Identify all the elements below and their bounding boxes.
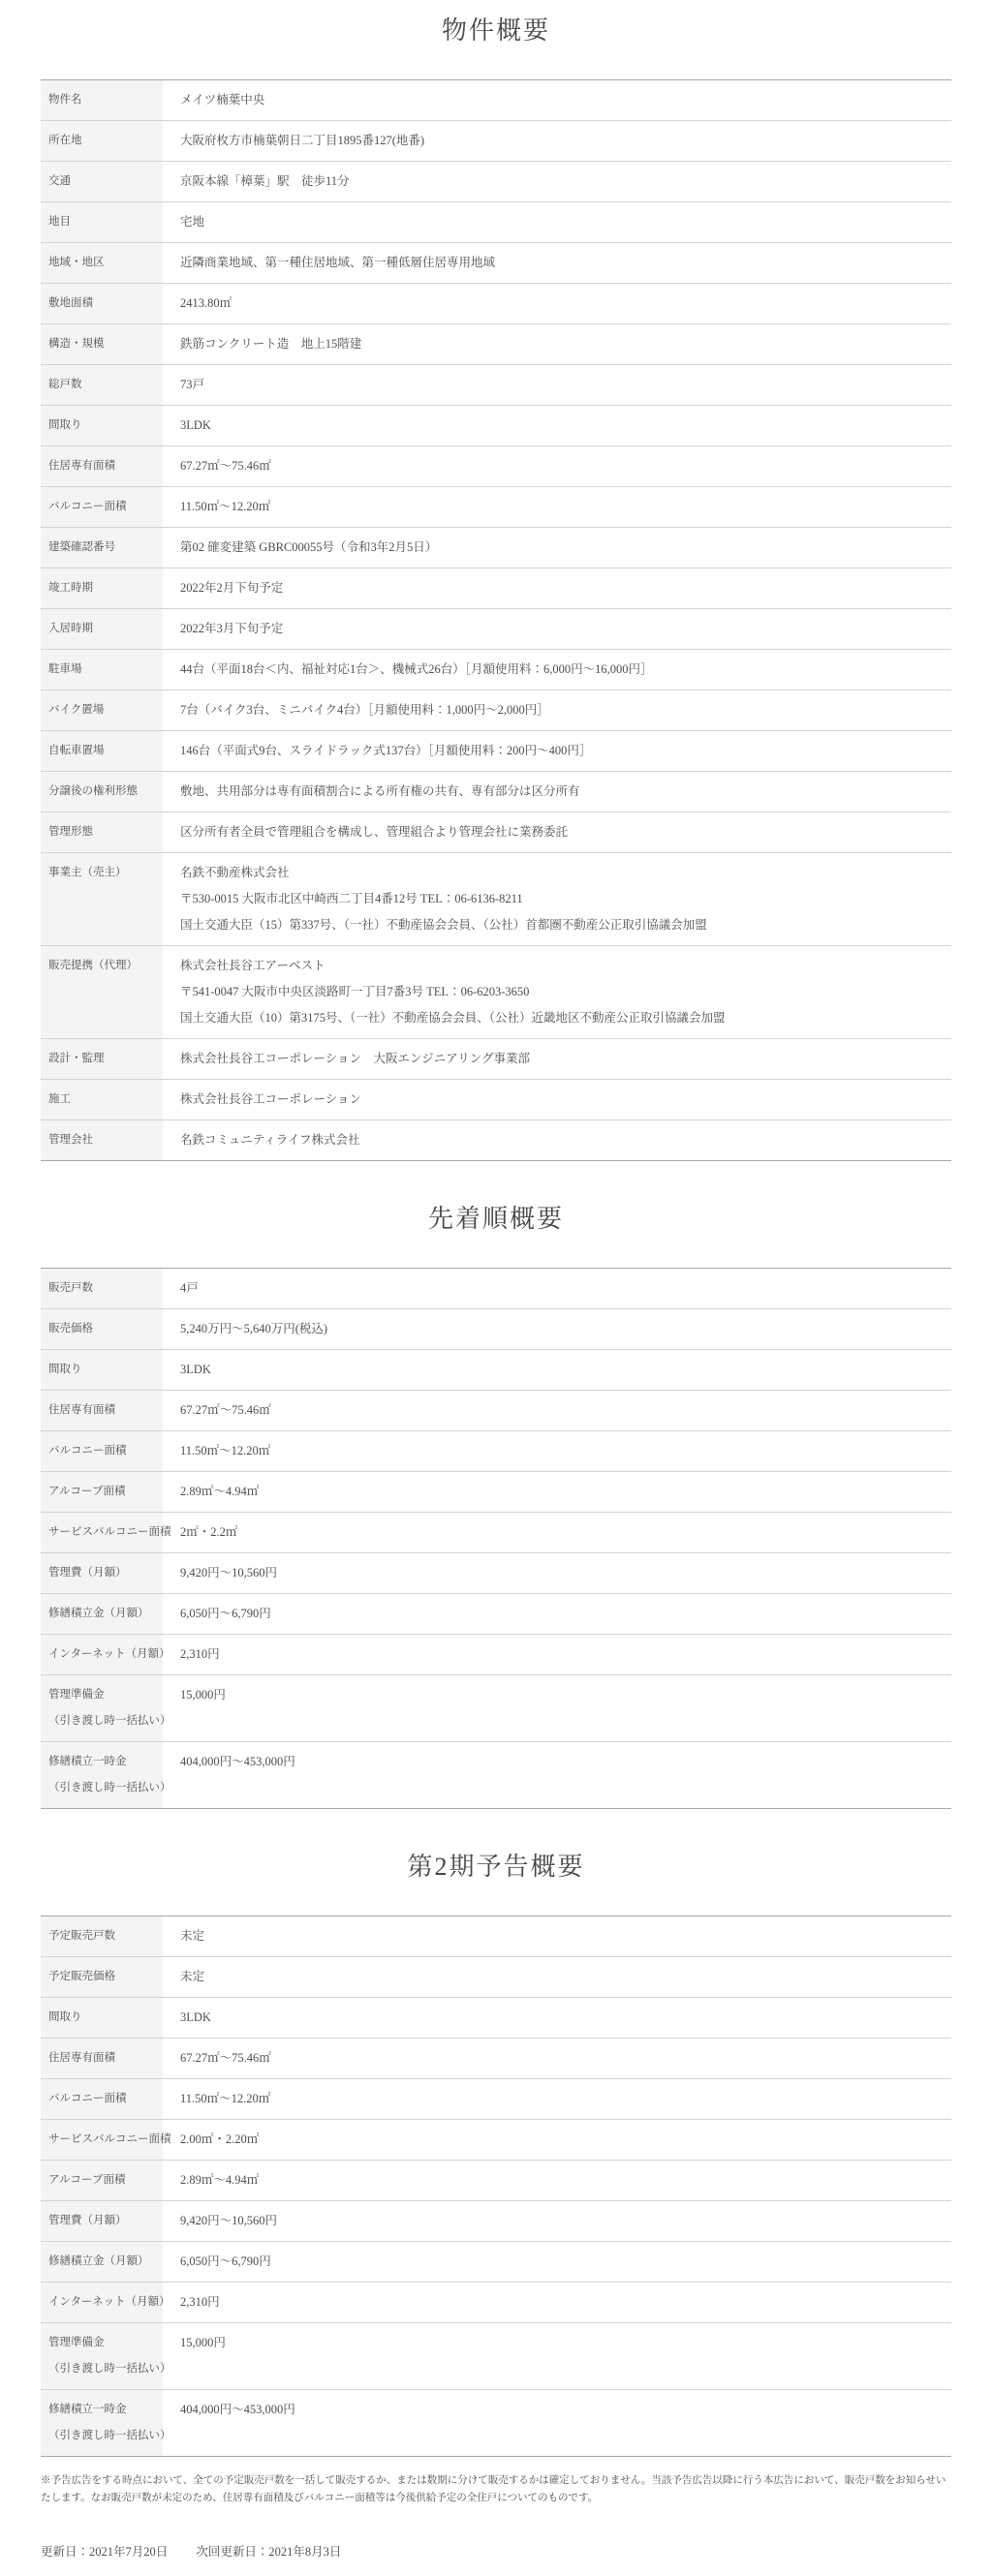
row-label-line: 住居専有面積 bbox=[48, 458, 163, 475]
row-value-line: 未定 bbox=[180, 1969, 942, 1985]
row-label: 販売提携（代理） bbox=[41, 946, 163, 1038]
table-row: 地目宅地 bbox=[41, 202, 951, 243]
table-row: 修繕積立金（月額）6,050円～6,790円 bbox=[41, 1594, 951, 1635]
table-row: 販売戸数4戸 bbox=[41, 1269, 951, 1309]
row-label-line: 地域・地区 bbox=[48, 255, 163, 271]
row-label-line: （引き渡し時一括払い） bbox=[48, 2361, 163, 2377]
row-label: 間取り bbox=[41, 1998, 163, 2038]
row-value-line: 6,050円～6,790円 bbox=[180, 2254, 942, 2270]
row-value-line: 名鉄コミュニティライフ株式会社 bbox=[180, 1132, 942, 1149]
table-row: 管理会社名鉄コミュニティライフ株式会社 bbox=[41, 1120, 951, 1161]
row-value-line: 未定 bbox=[180, 1928, 942, 1945]
row-label-line: 施工 bbox=[48, 1091, 163, 1108]
table-row: 管理形態区分所有者全員で管理組合を構成し、管理組合より管理会社に業務委託 bbox=[41, 813, 951, 853]
row-value-line: 株式会社長谷工コーポレーション 大阪エンジニアリング事業部 bbox=[180, 1051, 942, 1067]
table-row: 設計・監理株式会社長谷工コーポレーション 大阪エンジニアリング事業部 bbox=[41, 1039, 951, 1080]
row-label-line: 竣工時期 bbox=[48, 580, 163, 597]
row-label: 管理費（月額） bbox=[41, 1553, 163, 1593]
row-label: 住居専有面積 bbox=[41, 2039, 163, 2078]
row-value: 9,420円～10,560円 bbox=[163, 1553, 951, 1593]
updated-date: 更新日：2021年7月20日 bbox=[41, 2545, 168, 2559]
row-value: 146台（平面式9台、スライドラック式137台）［月額使用料：200円～400円… bbox=[163, 731, 951, 771]
row-label-line: （引き渡し時一括払い） bbox=[48, 1780, 163, 1796]
row-label: 管理費（月額） bbox=[41, 2201, 163, 2241]
table-row: サービスバルコニー面積2.00㎡・2.20㎡ bbox=[41, 2120, 951, 2161]
row-label-line: 住居専有面積 bbox=[48, 2050, 163, 2067]
table-row: 管理準備金（引き渡し時一括払い）15,000円 bbox=[41, 1675, 951, 1742]
row-label: アルコーブ面積 bbox=[41, 2161, 163, 2200]
row-label: 販売戸数 bbox=[41, 1269, 163, 1308]
row-label-line: バルコニー面積 bbox=[48, 1443, 163, 1459]
row-label: 自転車置場 bbox=[41, 731, 163, 771]
row-label-line: 管理形態 bbox=[48, 824, 163, 841]
row-value: 7台（バイク3台、ミニバイク4台）［月額使用料：1,000円～2,000円］ bbox=[163, 690, 951, 730]
row-label-line: 販売提携（代理） bbox=[48, 958, 163, 974]
row-label-line: 設計・監理 bbox=[48, 1051, 163, 1067]
row-label: サービスバルコニー面積 bbox=[41, 1513, 163, 1552]
row-label-line: サービスバルコニー面積 bbox=[48, 2131, 163, 2148]
row-label-line: 管理準備金 bbox=[48, 2335, 163, 2351]
table-row: 予定販売価格未定 bbox=[41, 1957, 951, 1998]
row-value: 2022年2月下旬予定 bbox=[163, 568, 951, 608]
row-value: 6,050円～6,790円 bbox=[163, 2242, 951, 2282]
row-label: 駐車場 bbox=[41, 650, 163, 690]
row-value: 大阪府枚方市楠葉朝日二丁目1895番127(地番) bbox=[163, 121, 951, 161]
row-value-line: 2.89㎡～4.94㎡ bbox=[180, 1484, 942, 1500]
row-value-line: 2㎡・2.2㎡ bbox=[180, 1524, 942, 1541]
row-value: 区分所有者全員で管理組合を構成し、管理組合より管理会社に業務委託 bbox=[163, 813, 951, 852]
row-value: 第02 確変建築 GBRC00055号（令和3年2月5日） bbox=[163, 528, 951, 567]
table-row: アルコーブ面積2.89㎡～4.94㎡ bbox=[41, 2161, 951, 2201]
row-label-line: 交通 bbox=[48, 173, 163, 190]
section-first-come-overview: 先着順概要販売戸数4戸販売価格5,240万円～5,640万円(税込)間取り3LD… bbox=[0, 1202, 992, 1809]
row-value: 404,000円～453,000円 bbox=[163, 1742, 951, 1808]
table-row: 駐車場44台（平面18台＜内、福祉対応1台＞、機械式26台）［月額使用料：6,0… bbox=[41, 650, 951, 690]
row-value-line: 9,420円～10,560円 bbox=[180, 1565, 942, 1581]
row-value-line: 3LDK bbox=[180, 2009, 942, 2026]
row-label: 地域・地区 bbox=[41, 243, 163, 283]
table-row: 地域・地区近隣商業地域、第一種住居地域、第一種低層住居専用地域 bbox=[41, 243, 951, 284]
row-label: バルコニー面積 bbox=[41, 2079, 163, 2119]
table-row: 住居専有面積67.27㎡～75.46㎡ bbox=[41, 2039, 951, 2079]
row-label: 修繕積立金（月額） bbox=[41, 1594, 163, 1634]
row-value-line: 2.89㎡～4.94㎡ bbox=[180, 2172, 942, 2189]
table-row: 修繕積立金（月額）6,050円～6,790円 bbox=[41, 2242, 951, 2283]
row-value-line: 404,000円～453,000円 bbox=[180, 2402, 942, 2418]
row-value-line: 15,000円 bbox=[180, 2335, 942, 2351]
row-value: 株式会社長谷工コーポレーション 大阪エンジニアリング事業部 bbox=[163, 1039, 951, 1079]
row-label-line: 敷地面積 bbox=[48, 295, 163, 312]
row-value: 宅地 bbox=[163, 202, 951, 242]
row-value: 2,310円 bbox=[163, 1635, 951, 1674]
table-row: 間取り3LDK bbox=[41, 1998, 951, 2039]
row-value-line: 株式会社長谷工コーポレーション bbox=[180, 1091, 942, 1108]
spec-table: 予定販売戸数未定予定販売価格未定間取り3LDK住居専有面積67.27㎡～75.4… bbox=[41, 1916, 951, 2457]
row-value-line: 鉄筋コンクリート造 地上15階建 bbox=[180, 336, 942, 353]
table-row: 住居専有面積67.27㎡～75.46㎡ bbox=[41, 1391, 951, 1431]
row-label-line: 総戸数 bbox=[48, 377, 163, 393]
row-value-line: 〒530-0015 大阪市北区中崎西二丁目4番12号 TEL：06-6136-8… bbox=[180, 891, 942, 907]
row-label-line: 販売価格 bbox=[48, 1321, 163, 1337]
table-row: 施工株式会社長谷工コーポレーション bbox=[41, 1080, 951, 1120]
row-label-line: 修繕積立一時金 bbox=[48, 1754, 163, 1770]
table-row: アルコーブ面積2.89㎡～4.94㎡ bbox=[41, 1472, 951, 1513]
row-value-line: 宅地 bbox=[180, 214, 942, 230]
row-value-line: 2,310円 bbox=[180, 1646, 942, 1663]
row-label-line: 管理会社 bbox=[48, 1132, 163, 1149]
row-label-line: 構造・規模 bbox=[48, 336, 163, 353]
row-value: 11.50㎡～12.20㎡ bbox=[163, 1431, 951, 1471]
row-label: バルコニー面積 bbox=[41, 487, 163, 527]
row-value: 67.27㎡～75.46㎡ bbox=[163, 2039, 951, 2078]
row-label: インターネット（月額） bbox=[41, 1635, 163, 1674]
row-value: 44台（平面18台＜内、福祉対応1台＞、機械式26台）［月額使用料：6,000円… bbox=[163, 650, 951, 690]
row-value-line: 11.50㎡～12.20㎡ bbox=[180, 1443, 942, 1459]
row-label-line: 物件名 bbox=[48, 92, 163, 108]
row-label: 入居時期 bbox=[41, 609, 163, 649]
row-label-line: バルコニー面積 bbox=[48, 499, 163, 515]
row-label: 管理準備金（引き渡し時一括払い） bbox=[41, 1675, 163, 1741]
row-value: 京阪本線「樟葉」駅 徒歩11分 bbox=[163, 162, 951, 201]
row-value: 株式会社長谷工コーポレーション bbox=[163, 1080, 951, 1119]
row-value-line: 67.27㎡～75.46㎡ bbox=[180, 1402, 942, 1419]
row-value: 2.00㎡・2.20㎡ bbox=[163, 2120, 951, 2160]
row-label: 修繕積立一時金（引き渡し時一括払い） bbox=[41, 2390, 163, 2456]
row-value: 2413.80㎡ bbox=[163, 284, 951, 323]
row-label-line: 住居専有面積 bbox=[48, 1402, 163, 1419]
row-value-line: 大阪府枚方市楠葉朝日二丁目1895番127(地番) bbox=[180, 133, 942, 149]
table-row: 所在地大阪府枚方市楠葉朝日二丁目1895番127(地番) bbox=[41, 121, 951, 162]
row-value-line: 国土交通大臣（15）第337号、（一社）不動産協会会員、（公社）首都圏不動産公正… bbox=[180, 917, 942, 934]
row-value-line: 〒541-0047 大阪市中央区淡路町一丁目7番3号 TEL：06-6203-3… bbox=[180, 984, 942, 1000]
row-value: 6,050円～6,790円 bbox=[163, 1594, 951, 1634]
row-value-line: 3LDK bbox=[180, 1362, 942, 1378]
table-row: 物件名メイツ楠葉中央 bbox=[41, 80, 951, 121]
row-value: 3LDK bbox=[163, 1350, 951, 1390]
table-row: 管理準備金（引き渡し時一括払い）15,000円 bbox=[41, 2323, 951, 2390]
section-phase2-preview: 第2期予告概要予定販売戸数未定予定販売価格未定間取り3LDK住居専有面積67.2… bbox=[0, 1850, 992, 2457]
row-label-line: 販売戸数 bbox=[48, 1280, 163, 1297]
section-property-overview: 物件概要物件名メイツ楠葉中央所在地大阪府枚方市楠葉朝日二丁目1895番127(地… bbox=[0, 14, 992, 1161]
row-label: 施工 bbox=[41, 1080, 163, 1119]
table-row: 敷地面積2413.80㎡ bbox=[41, 284, 951, 324]
row-value: 404,000円～453,000円 bbox=[163, 2390, 951, 2456]
row-value-line: 3LDK bbox=[180, 417, 942, 434]
row-value-line: 7台（バイク3台、ミニバイク4台）［月額使用料：1,000円～2,000円］ bbox=[180, 702, 942, 719]
row-label: 販売価格 bbox=[41, 1309, 163, 1349]
row-label-line: 間取り bbox=[48, 1362, 163, 1378]
row-value: 11.50㎡～12.20㎡ bbox=[163, 2079, 951, 2119]
row-label-line: バイク置場 bbox=[48, 702, 163, 719]
spec-table: 販売戸数4戸販売価格5,240万円～5,640万円(税込)間取り3LDK住居専有… bbox=[41, 1268, 951, 1809]
row-value-line: 11.50㎡～12.20㎡ bbox=[180, 499, 942, 515]
row-label: サービスバルコニー面積 bbox=[41, 2120, 163, 2160]
row-label-line: 事業主（売主） bbox=[48, 865, 163, 881]
table-row: 管理費（月額）9,420円～10,560円 bbox=[41, 1553, 951, 1594]
next-update-date: 次回更新日：2021年8月3日 bbox=[196, 2545, 341, 2559]
row-value: メイツ楠葉中央 bbox=[163, 80, 951, 120]
update-dates: 更新日：2021年7月20日 次回更新日：2021年8月3日 bbox=[41, 2542, 951, 2560]
row-label-line: インターネット（月額） bbox=[48, 2294, 163, 2311]
table-row: インターネット（月額）2,310円 bbox=[41, 1635, 951, 1675]
row-label: バイク置場 bbox=[41, 690, 163, 730]
table-row: バルコニー面積11.50㎡～12.20㎡ bbox=[41, 487, 951, 528]
row-label-line: 分譲後の権利形態 bbox=[48, 783, 163, 800]
table-row: 自転車置場146台（平面式9台、スライドラック式137台）［月額使用料：200円… bbox=[41, 731, 951, 772]
row-label: 分譲後の権利形態 bbox=[41, 772, 163, 812]
table-row: 予定販売戸数未定 bbox=[41, 1917, 951, 1957]
table-row: 管理費（月額）9,420円～10,560円 bbox=[41, 2201, 951, 2242]
row-label: 設計・監理 bbox=[41, 1039, 163, 1079]
row-label: 地目 bbox=[41, 202, 163, 242]
row-value-line: 敷地、共用部分は専有面積割合による所有権の共有、専有部分は区分所有 bbox=[180, 783, 942, 800]
row-value: 敷地、共用部分は専有面積割合による所有権の共有、専有部分は区分所有 bbox=[163, 772, 951, 812]
table-row: 交通京阪本線「樟葉」駅 徒歩11分 bbox=[41, 162, 951, 202]
row-value-line: 67.27㎡～75.46㎡ bbox=[180, 2050, 942, 2067]
row-label: 住居専有面積 bbox=[41, 446, 163, 486]
row-label: 所在地 bbox=[41, 121, 163, 161]
row-label-line: 自転車置場 bbox=[48, 743, 163, 759]
property-listing-page: 物件概要物件名メイツ楠葉中央所在地大阪府枚方市楠葉朝日二丁目1895番127(地… bbox=[0, 14, 992, 2576]
row-value: 3LDK bbox=[163, 1998, 951, 2038]
row-label: 事業主（売主） bbox=[41, 853, 163, 945]
table-row: バルコニー面積11.50㎡～12.20㎡ bbox=[41, 2079, 951, 2120]
row-label-line: 管理費（月額） bbox=[48, 1565, 163, 1581]
sections-root: 物件概要物件名メイツ楠葉中央所在地大阪府枚方市楠葉朝日二丁目1895番127(地… bbox=[0, 14, 992, 2457]
row-label: インターネット（月額） bbox=[41, 2283, 163, 2322]
row-value: 2.89㎡～4.94㎡ bbox=[163, 1472, 951, 1512]
row-value: 67.27㎡～75.46㎡ bbox=[163, 1391, 951, 1430]
row-label-line: アルコーブ面積 bbox=[48, 1484, 163, 1500]
row-value-line: 67.27㎡～75.46㎡ bbox=[180, 458, 942, 475]
table-row: 分譲後の権利形態敷地、共用部分は専有面積割合による所有権の共有、専有部分は区分所… bbox=[41, 772, 951, 813]
row-value-line: 京阪本線「樟葉」駅 徒歩11分 bbox=[180, 173, 942, 190]
disclaimer-note: ※予告広告をする時点において、全ての予定販売戸数を一括して販売するか、または数期… bbox=[41, 2472, 951, 2507]
row-value: 2,310円 bbox=[163, 2283, 951, 2322]
row-value-line: 15,000円 bbox=[180, 1687, 942, 1703]
row-value: 未定 bbox=[163, 1917, 951, 1956]
section-title: 物件概要 bbox=[0, 14, 992, 48]
row-value-line: 2413.80㎡ bbox=[180, 295, 942, 312]
row-value: 鉄筋コンクリート造 地上15階建 bbox=[163, 324, 951, 364]
row-label-line: 予定販売戸数 bbox=[48, 1928, 163, 1945]
section-title: 先着順概要 bbox=[0, 1202, 992, 1237]
row-value: 名鉄不動産株式会社〒530-0015 大阪市北区中崎西二丁目4番12号 TEL：… bbox=[163, 853, 951, 945]
row-value-line: 株式会社長谷工アーベスト bbox=[180, 958, 942, 974]
row-label-line: サービスバルコニー面積 bbox=[48, 1524, 163, 1541]
table-row: 竣工時期2022年2月下旬予定 bbox=[41, 568, 951, 609]
row-value: 9,420円～10,560円 bbox=[163, 2201, 951, 2241]
table-row: サービスバルコニー面積2㎡・2.2㎡ bbox=[41, 1513, 951, 1553]
row-label-line: バルコニー面積 bbox=[48, 2091, 163, 2107]
section-title: 第2期予告概要 bbox=[0, 1850, 992, 1885]
row-label: 予定販売戸数 bbox=[41, 1917, 163, 1956]
row-label: 修繕積立一時金（引き渡し時一括払い） bbox=[41, 1742, 163, 1808]
row-value: 67.27㎡～75.46㎡ bbox=[163, 446, 951, 486]
row-label: 総戸数 bbox=[41, 365, 163, 405]
row-label: 建築確認番号 bbox=[41, 528, 163, 567]
table-row: 修繕積立一時金（引き渡し時一括払い）404,000円～453,000円 bbox=[41, 2390, 951, 2457]
row-value: 2.89㎡～4.94㎡ bbox=[163, 2161, 951, 2200]
row-label: バルコニー面積 bbox=[41, 1431, 163, 1471]
row-value-line: 国土交通大臣（10）第3175号、（一社）不動産協会会員、（公社）近畿地区不動産… bbox=[180, 1010, 942, 1027]
row-label: 交通 bbox=[41, 162, 163, 201]
row-label-line: 駐車場 bbox=[48, 661, 163, 678]
row-label-line: （引き渡し時一括払い） bbox=[48, 2428, 163, 2444]
row-value-line: 5,240万円～5,640万円(税込) bbox=[180, 1321, 942, 1337]
row-value: 2022年3月下旬予定 bbox=[163, 609, 951, 649]
row-label: 管理会社 bbox=[41, 1120, 163, 1160]
row-label-line: 修繕積立金（月額） bbox=[48, 1606, 163, 1622]
row-label: 管理準備金（引き渡し時一括払い） bbox=[41, 2323, 163, 2389]
table-row: 入居時期2022年3月下旬予定 bbox=[41, 609, 951, 650]
row-value-line: 近隣商業地域、第一種住居地域、第一種低層住居専用地域 bbox=[180, 255, 942, 271]
table-row: 間取り3LDK bbox=[41, 406, 951, 446]
table-row: 住居専有面積67.27㎡～75.46㎡ bbox=[41, 446, 951, 487]
row-label-line: 予定販売価格 bbox=[48, 1969, 163, 1985]
row-label-line: 建築確認番号 bbox=[48, 539, 163, 556]
table-row: 間取り3LDK bbox=[41, 1350, 951, 1391]
row-label-line: 地目 bbox=[48, 214, 163, 230]
row-label-line: 修繕積立一時金 bbox=[48, 2402, 163, 2418]
row-value-line: 4戸 bbox=[180, 1280, 942, 1297]
row-value: 15,000円 bbox=[163, 2323, 951, 2389]
row-label: 物件名 bbox=[41, 80, 163, 120]
table-row: 修繕積立一時金（引き渡し時一括払い）404,000円～453,000円 bbox=[41, 1742, 951, 1809]
row-label: 間取り bbox=[41, 406, 163, 445]
row-value-line: 146台（平面式9台、スライドラック式137台）［月額使用料：200円～400円… bbox=[180, 743, 942, 759]
row-label-line: 所在地 bbox=[48, 133, 163, 149]
row-label: 敷地面積 bbox=[41, 284, 163, 323]
row-value: 73戸 bbox=[163, 365, 951, 405]
row-label-line: 間取り bbox=[48, 417, 163, 434]
table-row: 構造・規模鉄筋コンクリート造 地上15階建 bbox=[41, 324, 951, 365]
row-value-line: 2,310円 bbox=[180, 2294, 942, 2311]
row-label-line: インターネット（月額） bbox=[48, 1646, 163, 1663]
row-value-line: 6,050円～6,790円 bbox=[180, 1606, 942, 1622]
row-label-line: 修繕積立金（月額） bbox=[48, 2254, 163, 2270]
table-row: 販売価格5,240万円～5,640万円(税込) bbox=[41, 1309, 951, 1350]
row-value: 3LDK bbox=[163, 406, 951, 445]
row-value-line: 44台（平面18台＜内、福祉対応1台＞、機械式26台）［月額使用料：6,000円… bbox=[180, 661, 942, 678]
row-value-line: 404,000円～453,000円 bbox=[180, 1754, 942, 1770]
row-value-line: 73戸 bbox=[180, 377, 942, 393]
row-value-line: 2022年3月下旬予定 bbox=[180, 621, 942, 637]
row-value: 株式会社長谷工アーベスト〒541-0047 大阪市中央区淡路町一丁目7番3号 T… bbox=[163, 946, 951, 1038]
row-label: 修繕積立金（月額） bbox=[41, 2242, 163, 2282]
row-label: 住居専有面積 bbox=[41, 1391, 163, 1430]
table-row: バイク置場7台（バイク3台、ミニバイク4台）［月額使用料：1,000円～2,00… bbox=[41, 690, 951, 731]
table-row: インターネット（月額）2,310円 bbox=[41, 2283, 951, 2323]
row-label: 管理形態 bbox=[41, 813, 163, 852]
row-label: 予定販売価格 bbox=[41, 1957, 163, 1997]
row-label-line: アルコーブ面積 bbox=[48, 2172, 163, 2189]
row-value-line: 2.00㎡・2.20㎡ bbox=[180, 2131, 942, 2148]
table-row: 販売提携（代理）株式会社長谷工アーベスト〒541-0047 大阪市中央区淡路町一… bbox=[41, 946, 951, 1039]
row-label-line: 管理費（月額） bbox=[48, 2213, 163, 2229]
row-label-line: 入居時期 bbox=[48, 621, 163, 637]
row-value-line: 名鉄不動産株式会社 bbox=[180, 865, 942, 881]
table-row: バルコニー面積11.50㎡～12.20㎡ bbox=[41, 1431, 951, 1472]
row-value: 5,240万円～5,640万円(税込) bbox=[163, 1309, 951, 1349]
spec-table: 物件名メイツ楠葉中央所在地大阪府枚方市楠葉朝日二丁目1895番127(地番)交通… bbox=[41, 79, 951, 1161]
row-label: アルコーブ面積 bbox=[41, 1472, 163, 1512]
row-label-line: 管理準備金 bbox=[48, 1687, 163, 1703]
row-value-line: 第02 確変建築 GBRC00055号（令和3年2月5日） bbox=[180, 539, 942, 556]
row-value: 名鉄コミュニティライフ株式会社 bbox=[163, 1120, 951, 1160]
row-value: 4戸 bbox=[163, 1269, 951, 1308]
row-value: 11.50㎡～12.20㎡ bbox=[163, 487, 951, 527]
row-value-line: 区分所有者全員で管理組合を構成し、管理組合より管理会社に業務委託 bbox=[180, 824, 942, 841]
row-value: 未定 bbox=[163, 1957, 951, 1997]
table-row: 建築確認番号第02 確変建築 GBRC00055号（令和3年2月5日） bbox=[41, 528, 951, 568]
row-value: 2㎡・2.2㎡ bbox=[163, 1513, 951, 1552]
row-value-line: 11.50㎡～12.20㎡ bbox=[180, 2091, 942, 2107]
row-label: 竣工時期 bbox=[41, 568, 163, 608]
row-value-line: 2022年2月下旬予定 bbox=[180, 580, 942, 597]
row-value: 15,000円 bbox=[163, 1675, 951, 1741]
row-value: 近隣商業地域、第一種住居地域、第一種低層住居専用地域 bbox=[163, 243, 951, 283]
row-value-line: メイツ楠葉中央 bbox=[180, 92, 942, 108]
row-label: 間取り bbox=[41, 1350, 163, 1390]
row-label: 構造・規模 bbox=[41, 324, 163, 364]
table-row: 事業主（売主）名鉄不動産株式会社〒530-0015 大阪市北区中崎西二丁目4番1… bbox=[41, 853, 951, 946]
row-label-line: 間取り bbox=[48, 2009, 163, 2026]
table-row: 総戸数73戸 bbox=[41, 365, 951, 406]
row-label-line: （引き渡し時一括払い） bbox=[48, 1713, 163, 1730]
row-value-line: 9,420円～10,560円 bbox=[180, 2213, 942, 2229]
